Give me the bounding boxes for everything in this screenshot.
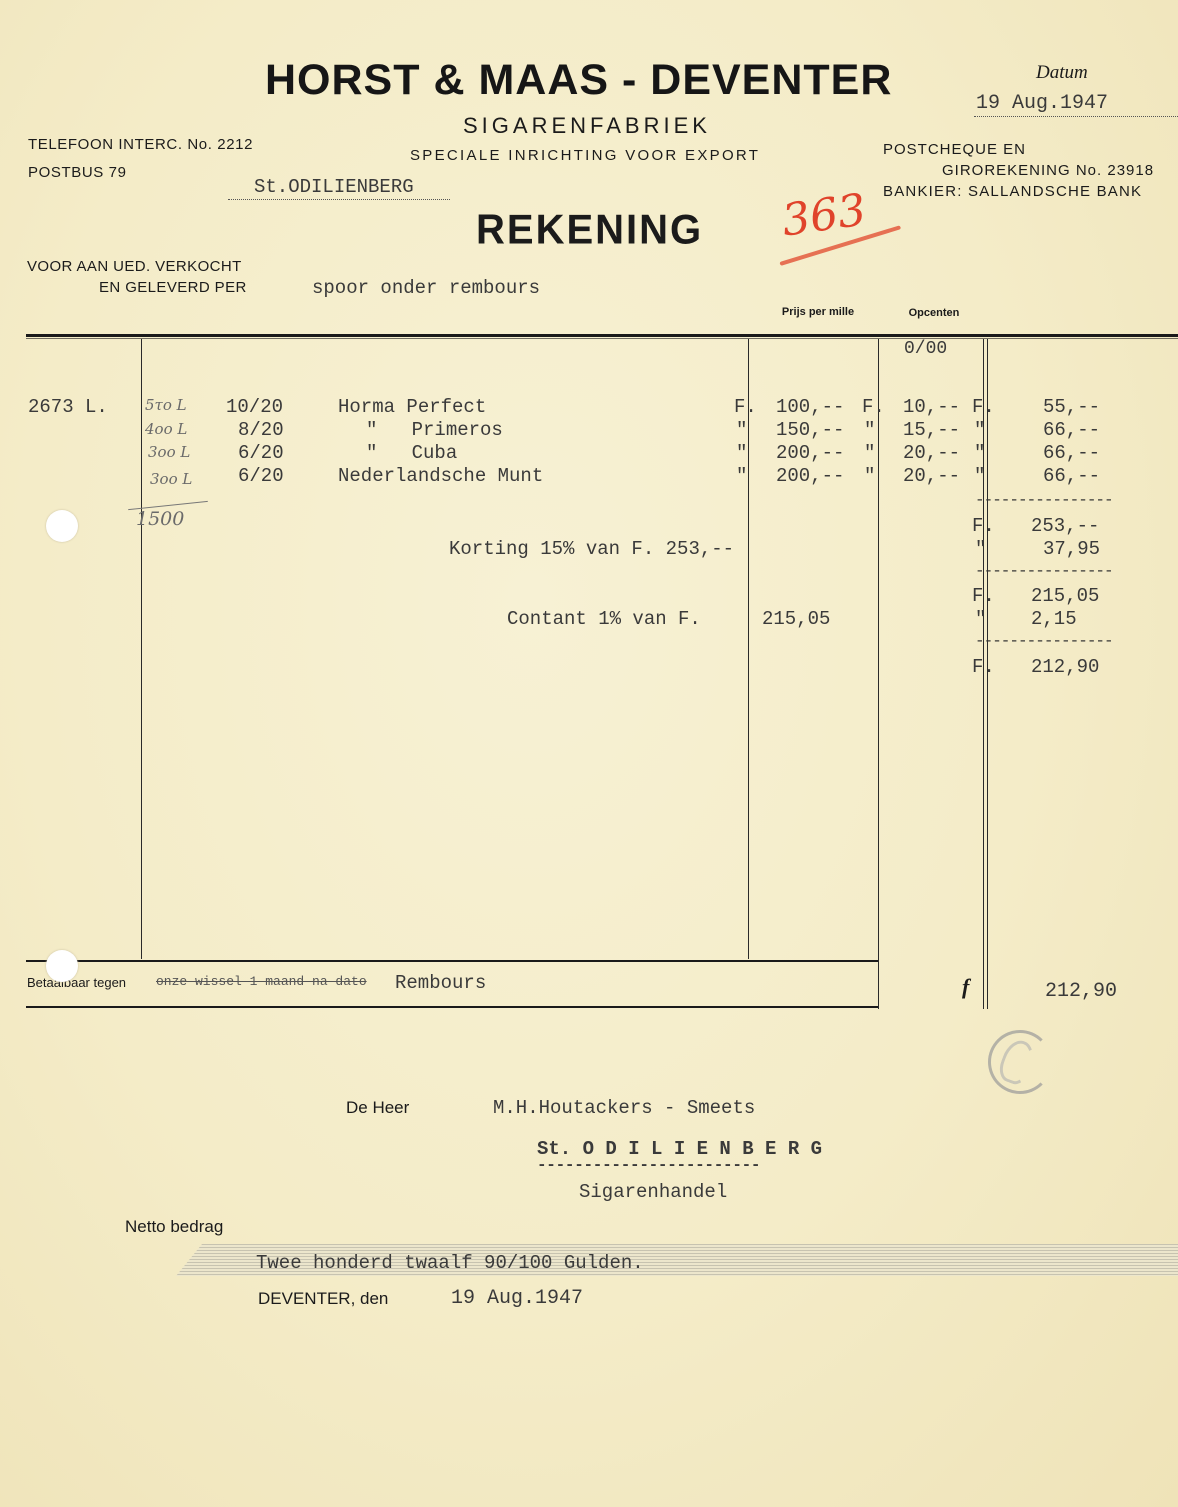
line-amount: 66,--: [1043, 442, 1100, 464]
bank-name: BANKIER: SALLANDSCHE BANK: [883, 183, 1142, 200]
line-amount: 66,--: [1043, 419, 1100, 441]
telephone-number: TELEFOON INTERC. No. 2212: [28, 136, 253, 153]
discount-description: Korting 15% van F. 253,--: [449, 538, 734, 560]
price-per-mille: 200,--: [776, 442, 844, 464]
opcenten-value: 20,--: [903, 442, 960, 464]
cash-discount-amount: 2,15: [1031, 608, 1077, 630]
opcenten-prefix: ": [864, 419, 875, 441]
after-discount-prefix: F.: [972, 585, 995, 607]
postbus: POSTBUS 79: [28, 164, 127, 181]
footer-date: 19 Aug.1947: [451, 1287, 583, 1310]
price-prefix: F.: [734, 396, 757, 418]
datum-label: Datum: [1036, 62, 1088, 84]
total-quantity: 2673 L.: [28, 396, 108, 418]
opcenten-value: 10,--: [903, 396, 960, 418]
table-top-rule-thin: [26, 338, 1178, 339]
hand-note: 3οο L: [150, 470, 192, 488]
florin-sign: f: [962, 974, 969, 1000]
hand-note: 5το L: [145, 396, 187, 414]
after-discount-amount: 215,05: [1031, 585, 1099, 607]
netto-label: Netto bedrag: [125, 1217, 223, 1237]
addressee-city-underline: ------------------------: [537, 1156, 760, 1174]
price-prefix: ": [736, 442, 747, 464]
payment-method: Rembours: [395, 972, 486, 994]
price-per-mille: 100,--: [776, 396, 844, 418]
amount-prefix: ": [974, 419, 985, 441]
item-size: 10/20: [226, 396, 283, 418]
item-description: Nederlandsche Munt: [338, 465, 543, 487]
line-amount: 55,--: [1043, 396, 1100, 418]
price-per-mille: 150,--: [776, 419, 844, 441]
payment-label: Betaalbaar tegen: [27, 975, 126, 990]
firm-name: HORST & MAAS - DEVENTER: [265, 56, 892, 105]
amount-prefix: ": [974, 442, 985, 464]
place-date-label: DEVENTER, den: [258, 1289, 388, 1309]
handwritten-invoice-number: 363: [779, 184, 869, 246]
net-amount: 212,90: [1031, 656, 1099, 678]
punch-hole-bottom: [46, 950, 78, 982]
price-per-mille: 200,--: [776, 465, 844, 487]
hand-note: 4οο L: [145, 420, 187, 438]
opcenten-prefix: F.: [862, 396, 885, 418]
cash-discount-prefix: ": [975, 608, 986, 630]
addressee-name: M.H.Houtackers - Smeets: [493, 1097, 755, 1119]
giro-line-2: GIROREKENING No. 23918: [942, 162, 1154, 179]
subtotal-separator: ----------------: [975, 491, 1113, 509]
hand-note: 3οο L: [148, 443, 190, 461]
cash-discount-description: Contant 1% van F.: [507, 608, 701, 630]
salutation: De Heer: [346, 1098, 409, 1118]
table-top-rule: [26, 334, 1178, 337]
table-bottom-rule: [26, 960, 878, 962]
column-header-price: Prijs per mille: [780, 306, 856, 318]
amount-in-words: Twee honderd twaalf 90/100 Gulden.: [256, 1252, 644, 1274]
item-description: Horma Perfect: [338, 396, 486, 418]
net-separator: ----------------: [975, 632, 1113, 650]
giro-line-1: POSTCHEQUE EN: [883, 141, 1026, 158]
payment-total: 212,90: [1045, 980, 1117, 1003]
invoice-date: 19 Aug.1947: [976, 92, 1108, 115]
opcenten-value: 15,--: [903, 419, 960, 441]
line-amount: 66,--: [1043, 465, 1100, 487]
cash-discount-base: 215,05: [762, 608, 830, 630]
subtotal-prefix: F.: [972, 515, 995, 537]
amount-prefix: ": [974, 465, 985, 487]
destination-place: St.ODILIENBERG: [254, 176, 414, 198]
delivery-label-2: EN GELEVERD PER: [99, 279, 247, 296]
discount-prefix: ": [975, 538, 986, 560]
destination-dotted-line: [228, 199, 450, 200]
addressee-business: Sigarenhandel: [579, 1181, 727, 1203]
delivery-label-1: VOOR AAN UED. VERKOCHT: [27, 258, 242, 275]
payment-bottom-rule: [26, 1006, 878, 1008]
item-size: 8/20: [238, 419, 284, 441]
column-divider-2: [748, 339, 749, 959]
hand-total: 1500: [136, 508, 184, 530]
date-dotted-line: [974, 116, 1178, 117]
item-description: " Primeros: [366, 419, 503, 441]
column-divider-1: [141, 339, 142, 959]
punch-hole-top: [46, 510, 78, 542]
amount-prefix: F.: [972, 396, 995, 418]
opcenten-value: 20,--: [903, 465, 960, 487]
opcenten-prefix: ": [864, 442, 875, 464]
discount-amount: 37,95: [1043, 538, 1100, 560]
delivery-method: spoor onder rembours: [312, 277, 540, 299]
opcenten-prefix: ": [864, 465, 875, 487]
column-divider-3: [878, 339, 879, 1009]
column-header-opcenten: Opcenten: [900, 307, 968, 319]
document-title: REKENING: [476, 207, 703, 254]
opcenten-rate: 0/00: [904, 339, 947, 359]
struck-payment-terms: onze wissel 1 maand na dato: [156, 974, 367, 989]
item-description: " Cuba: [366, 442, 457, 464]
subtotal-amount: 253,--: [1031, 515, 1099, 537]
firm-tagline: SPECIALE INRICHTING VOOR EXPORT: [410, 147, 760, 164]
price-prefix: ": [736, 419, 747, 441]
firm-subtitle: SIGARENFABRIEK: [463, 113, 711, 139]
discount-separator: ----------------: [975, 562, 1113, 580]
item-size: 6/20: [238, 442, 284, 464]
item-size: 6/20: [238, 465, 284, 487]
net-prefix: F.: [972, 656, 995, 678]
price-prefix: ": [736, 465, 747, 487]
